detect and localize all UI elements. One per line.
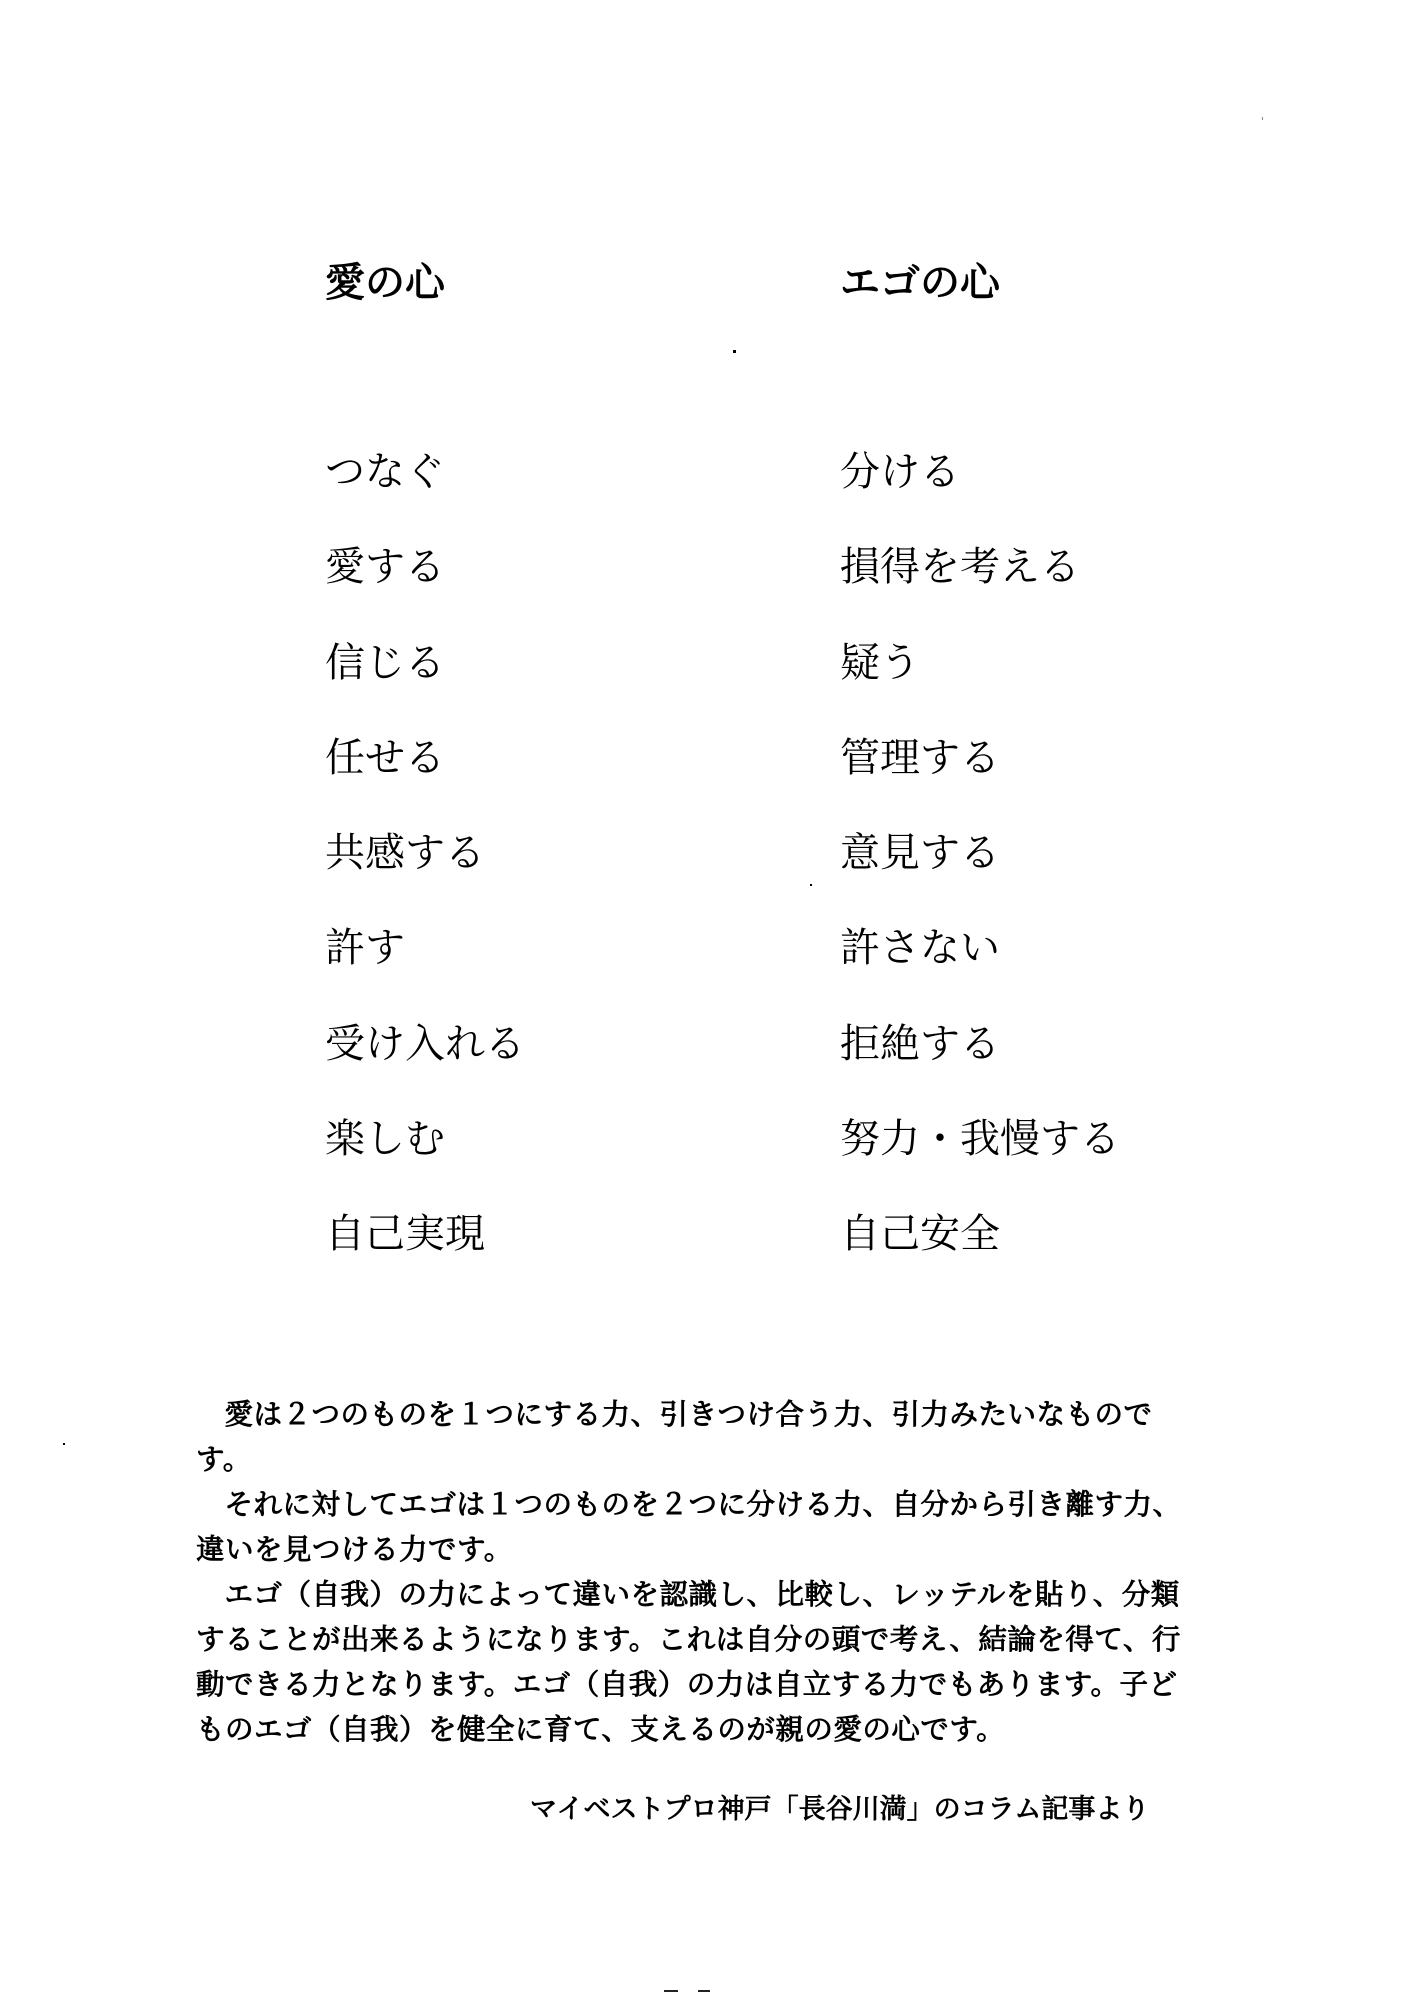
love-item: 共感する: [325, 828, 525, 923]
love-item: つなぐ: [325, 447, 525, 542]
paragraph: 愛は２つのものを１つにする力、引きつけ合う力、引力みたいなものです。: [196, 1392, 1206, 1482]
scan-speck: [63, 1443, 65, 1445]
page-footer-mark: [664, 1990, 678, 1992]
scan-speck: [733, 350, 736, 353]
document-page: 愛の心 エゴの心 つなぐ 愛する 信じる 任せる 共感する 許す 受け入れる 楽…: [0, 0, 1415, 2000]
love-item: 受け入れる: [325, 1019, 525, 1114]
love-heart-header: 愛の心: [325, 258, 445, 308]
ego-item: 自己安全: [840, 1209, 1120, 1304]
love-item: 自己実現: [325, 1209, 525, 1304]
love-item: 信じる: [325, 638, 525, 733]
ego-heart-header: エゴの心: [840, 258, 1000, 308]
love-item: 楽しむ: [325, 1114, 525, 1209]
love-heart-list: つなぐ 愛する 信じる 任せる 共感する 許す 受け入れる 楽しむ 自己実現: [325, 447, 525, 1305]
paragraph: エゴ（自我）の力によって違いを認識し、比較し、レッテルを貼り、分類することが出来…: [196, 1572, 1206, 1752]
ego-item: 意見する: [840, 828, 1120, 923]
love-item: 任せる: [325, 733, 525, 828]
ego-item: 努力・我慢する: [840, 1114, 1120, 1209]
ego-item: 管理する: [840, 733, 1120, 828]
love-item: 許す: [325, 923, 525, 1018]
ego-item: 分ける: [840, 447, 1120, 542]
explanation-text: 愛は２つのものを１つにする力、引きつけ合う力、引力みたいなものです。 それに対し…: [196, 1392, 1206, 1752]
ego-item: 疑う: [840, 638, 1120, 733]
source-credit: マイベストプロ神戸「長谷川満」のコラム記事より: [530, 1790, 1149, 1830]
ego-item: 拒絶する: [840, 1019, 1120, 1114]
love-item: 愛する: [325, 542, 525, 637]
scan-speck: [1262, 117, 1263, 120]
ego-heart-list: 分ける 損得を考える 疑う 管理する 意見する 許さない 拒絶する 努力・我慢す…: [840, 447, 1120, 1305]
page-footer-mark: [698, 1990, 710, 1992]
ego-item: 許さない: [840, 923, 1120, 1018]
paragraph: それに対してエゴは１つのものを２つに分ける力、自分から引き離す力、違いを見つける…: [196, 1482, 1206, 1572]
ego-item: 損得を考える: [840, 542, 1120, 637]
scan-speck: [810, 884, 812, 886]
